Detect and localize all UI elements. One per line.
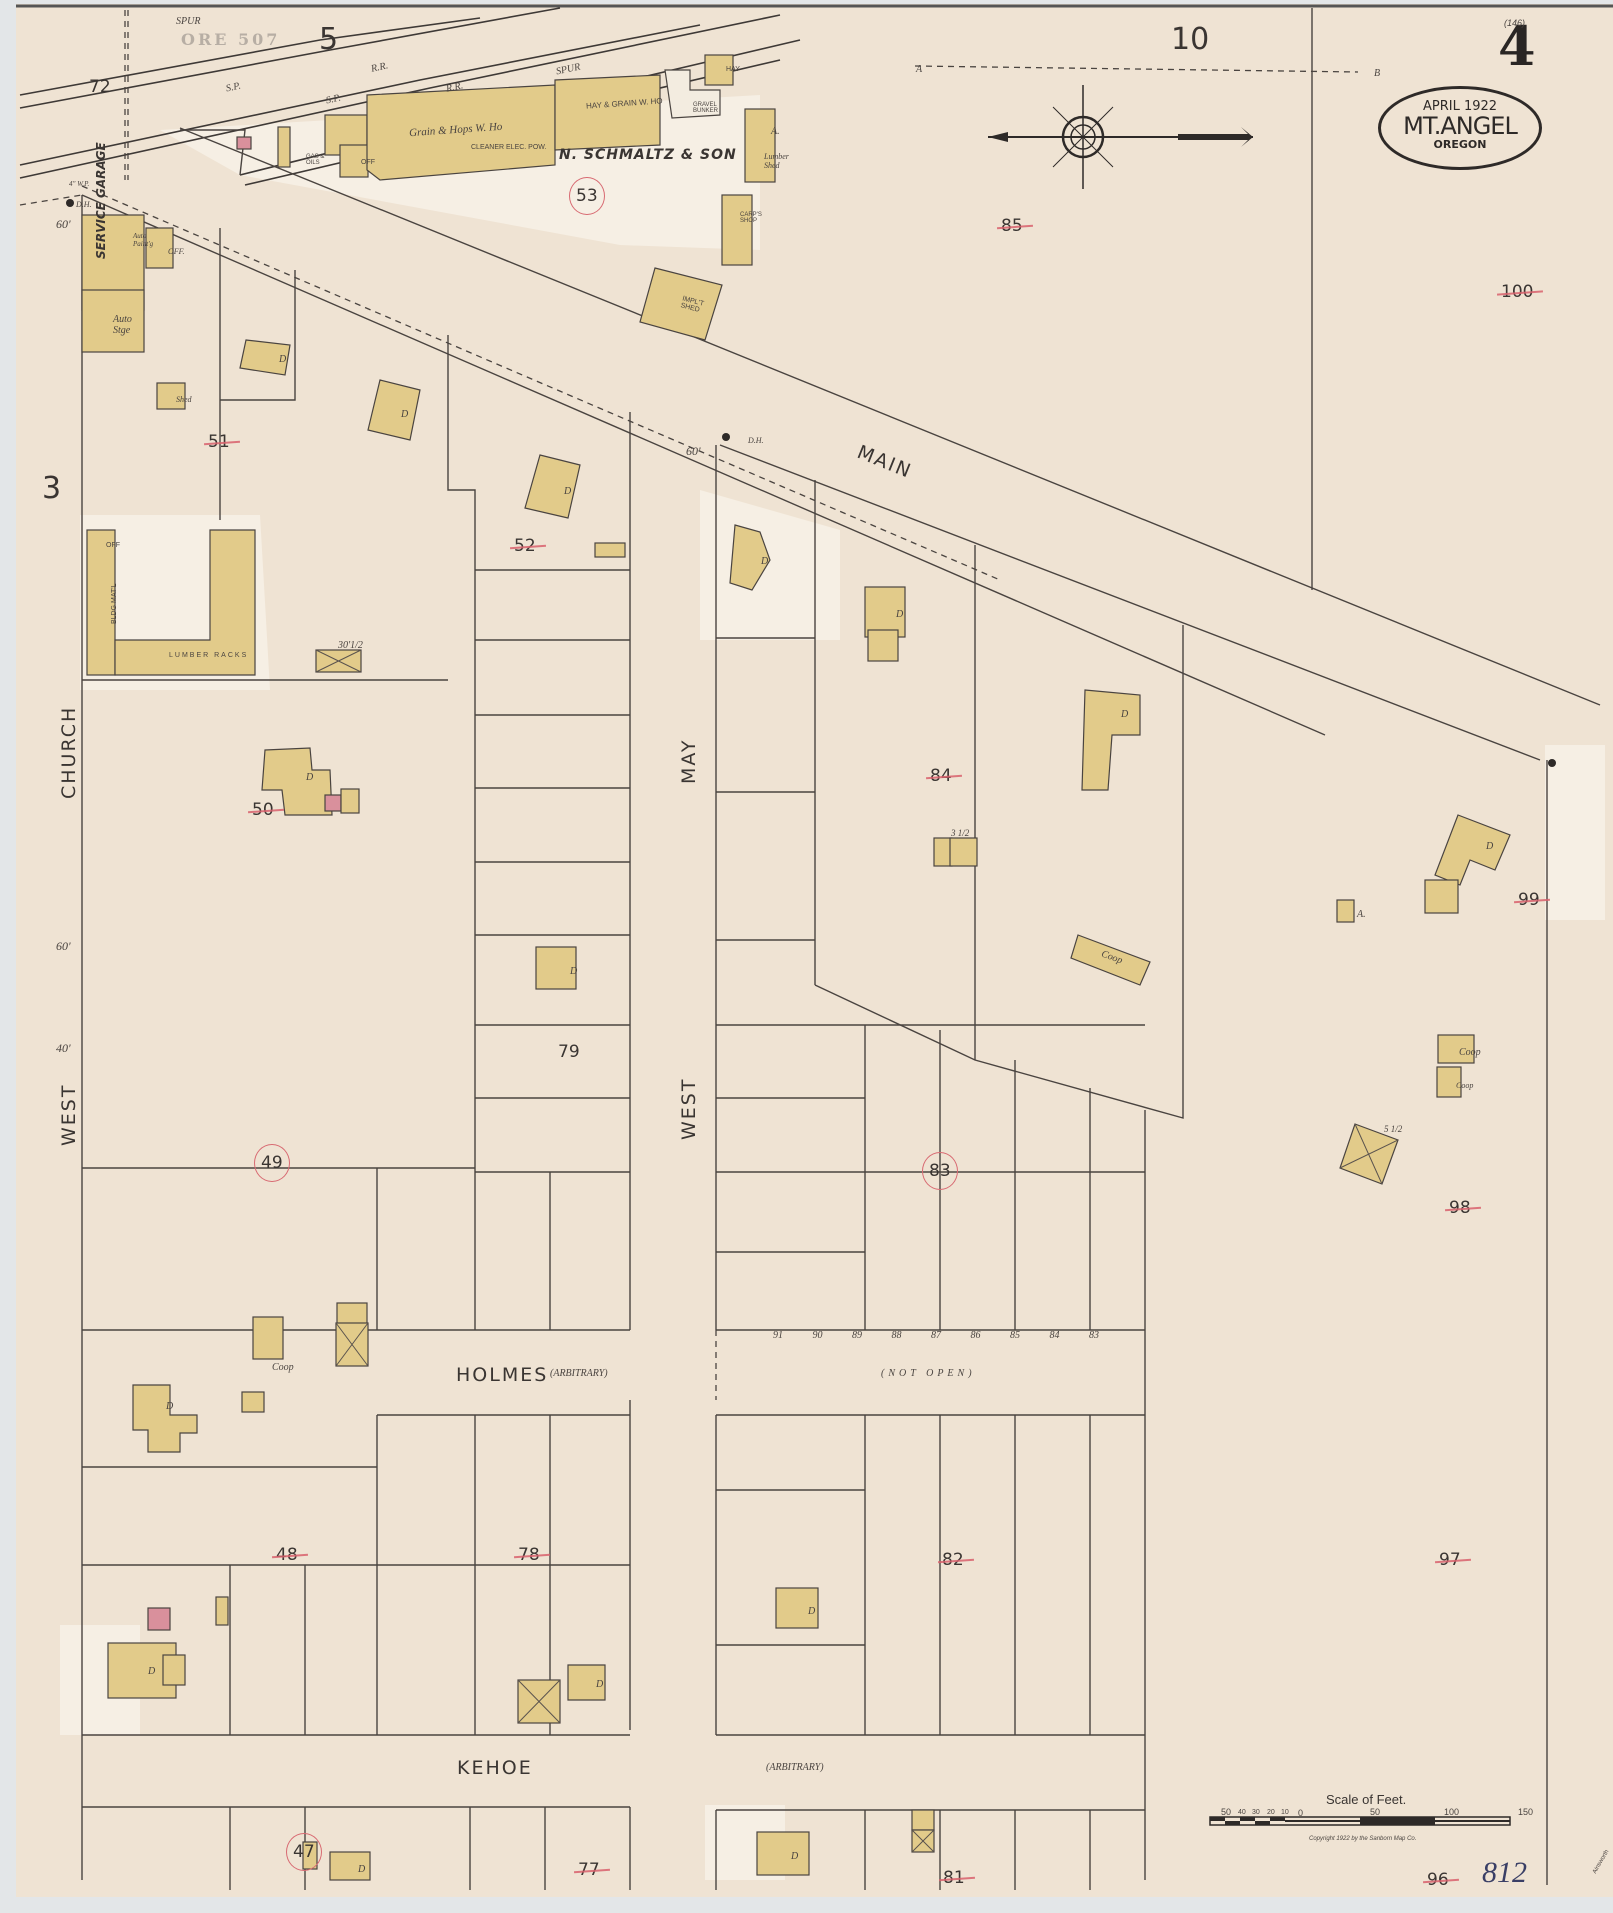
street-church: CHURCH [58, 706, 80, 799]
street-west-left: WEST [58, 1084, 80, 1146]
sanborn-map-sheet: 4 (146) APRIL 1922 MT.ANGEL OREGON 5 10 … [16, 4, 1613, 1897]
scale-tick: 50 [1370, 1807, 1380, 1817]
dwelling-label: D [1121, 709, 1128, 720]
garage-office-label: OFF. [168, 247, 185, 256]
auto-label: A. [1357, 909, 1366, 920]
dwelling-label: D [808, 1606, 815, 1617]
auto-painting-label: Auto Paint'g [133, 232, 161, 248]
scale-title: Scale of Feet. [1326, 1792, 1406, 1807]
scale-tick: 30 [1252, 1809, 1260, 1816]
scale-tick: 150 [1518, 1807, 1533, 1817]
dwelling-label: D [570, 966, 577, 977]
lumber-racks-label: LUMBER RACKS [169, 652, 248, 659]
block-number: 99 [1518, 890, 1540, 910]
block-number: 84 [930, 766, 952, 786]
block-number: 51 [208, 432, 230, 452]
adjacent-sheet-center: 10 [1171, 22, 1209, 57]
block-number: 53 [569, 177, 605, 215]
dwelling-label: D [358, 1864, 365, 1875]
building-material-label: BLDG MAT'L [111, 584, 118, 625]
block-number: 50 [252, 800, 274, 820]
scale-tick: 0 [1298, 1808, 1303, 1818]
auto-storage-label: Auto Stge [113, 314, 143, 336]
scale-tick: 100 [1444, 1807, 1459, 1817]
dwelling-label: D [564, 486, 571, 497]
street-west-center: WEST [678, 1078, 700, 1140]
lumber-office-label: OFF [106, 542, 120, 549]
coop-label: Coop [1459, 1047, 1481, 1058]
stamp-city: MT.ANGEL [1381, 114, 1539, 138]
section-line-b: B [1374, 68, 1380, 79]
block-number: 47 [286, 1833, 322, 1871]
street-holmes-note: (ARBITRARY) [550, 1368, 608, 1379]
block-number: 52 [514, 536, 536, 556]
dwelling-label: D [166, 1401, 173, 1412]
street-width-label: 60' [56, 939, 71, 954]
hydrant-label: D.H. [748, 436, 764, 445]
cleaner-label: CLEANER ELEC. POW. [471, 144, 546, 151]
street-holmes: HOLMES [456, 1364, 548, 1386]
ghost-print-text: ORE 507 [181, 30, 280, 49]
service-garage-label: SERVICE GARAGE [94, 142, 108, 259]
coop-label: Coop [1456, 1081, 1473, 1090]
shed-label: Shed [176, 395, 192, 404]
carpenter-shop-label: CARP'S SHOP [740, 212, 768, 224]
street-not-open-note: (NOT OPEN) [881, 1368, 976, 1379]
scale-tick: 40 [1238, 1809, 1246, 1816]
pencil-annotation: 812 [1482, 1856, 1527, 1890]
dwelling-label: D [896, 609, 903, 620]
street-width-label: 60' [56, 217, 71, 232]
block-number: 49 [254, 1144, 290, 1182]
water-pipe-label: 4" W.P. [69, 180, 89, 188]
compass-rose-icon [988, 85, 1253, 189]
block-number: 81 [943, 1868, 965, 1888]
street-width-label: 40' [56, 1041, 71, 1056]
city-stamp: APRIL 1922 MT.ANGEL OREGON [1378, 86, 1542, 170]
street-kehoe: KEHOE [457, 1757, 533, 1779]
scale-tick: 20 [1267, 1809, 1275, 1816]
block-number: 100 [1501, 282, 1533, 302]
lumber-shed-label: Lumber Shed [764, 152, 792, 170]
story-label: 3 1/2 [951, 828, 969, 838]
dwelling-label: D [279, 354, 286, 365]
street-width-label: 60' [686, 444, 701, 459]
dwelling-label: D [596, 1679, 603, 1690]
lot-numbers-row: 91 90 89 88 87 86 85 84 83 [773, 1330, 1099, 1341]
adjacent-sheet-left: 3 [42, 471, 61, 506]
sheet-reference: (146) [1504, 18, 1525, 28]
dwelling-label: D [1486, 841, 1493, 852]
street-may: MAY [678, 738, 700, 784]
block-number: 78 [518, 1545, 540, 1565]
gas-oils-label: GAS & OILS [306, 154, 326, 166]
street-kehoe-note: (ARBITRARY) [766, 1762, 824, 1773]
section-line-a: A [916, 64, 922, 75]
dwelling-label: D [401, 409, 408, 420]
copyright-notice: Copyright 1922 by the Sanborn Map Co. [1309, 1836, 1416, 1842]
story-label: 30'1/2 [338, 640, 363, 651]
block-number: 48 [276, 1545, 298, 1565]
coop-label: Coop [272, 1362, 294, 1373]
dwelling-label: D [791, 1851, 798, 1862]
dwelling-label: D [148, 1666, 155, 1677]
auto-shed-label: A. [771, 126, 780, 137]
office-label: OFF [361, 159, 375, 166]
block-number: 83 [922, 1152, 958, 1190]
block-number: 79 [558, 1042, 580, 1062]
dwelling-label: D [761, 556, 768, 567]
scale-bar [1210, 1817, 1510, 1825]
scale-tick: 10 [1281, 1809, 1289, 1816]
block-number: 98 [1449, 1198, 1471, 1218]
rail-spur-label: SPUR [176, 16, 200, 27]
block-number: 77 [578, 1860, 600, 1880]
adjacent-sheet-top: 5 [319, 22, 338, 57]
hay-label: HAY [726, 66, 740, 73]
hydrant-label: D.H. [76, 200, 92, 209]
dwelling-label: D [306, 772, 313, 783]
block-number: 85 [1001, 216, 1023, 236]
gravel-bunker-label: GRAVEL BUNKER [693, 102, 733, 114]
block-number: 97 [1439, 1550, 1461, 1570]
scale-tick: 50 [1221, 1807, 1231, 1817]
owner-label: N. SCHMALTZ & SON [559, 147, 737, 163]
block-number: 82 [942, 1550, 964, 1570]
story-label: 5 1/2 [1384, 1124, 1402, 1134]
block-number: 72 [89, 77, 111, 97]
block-number: 96 [1427, 1870, 1449, 1890]
